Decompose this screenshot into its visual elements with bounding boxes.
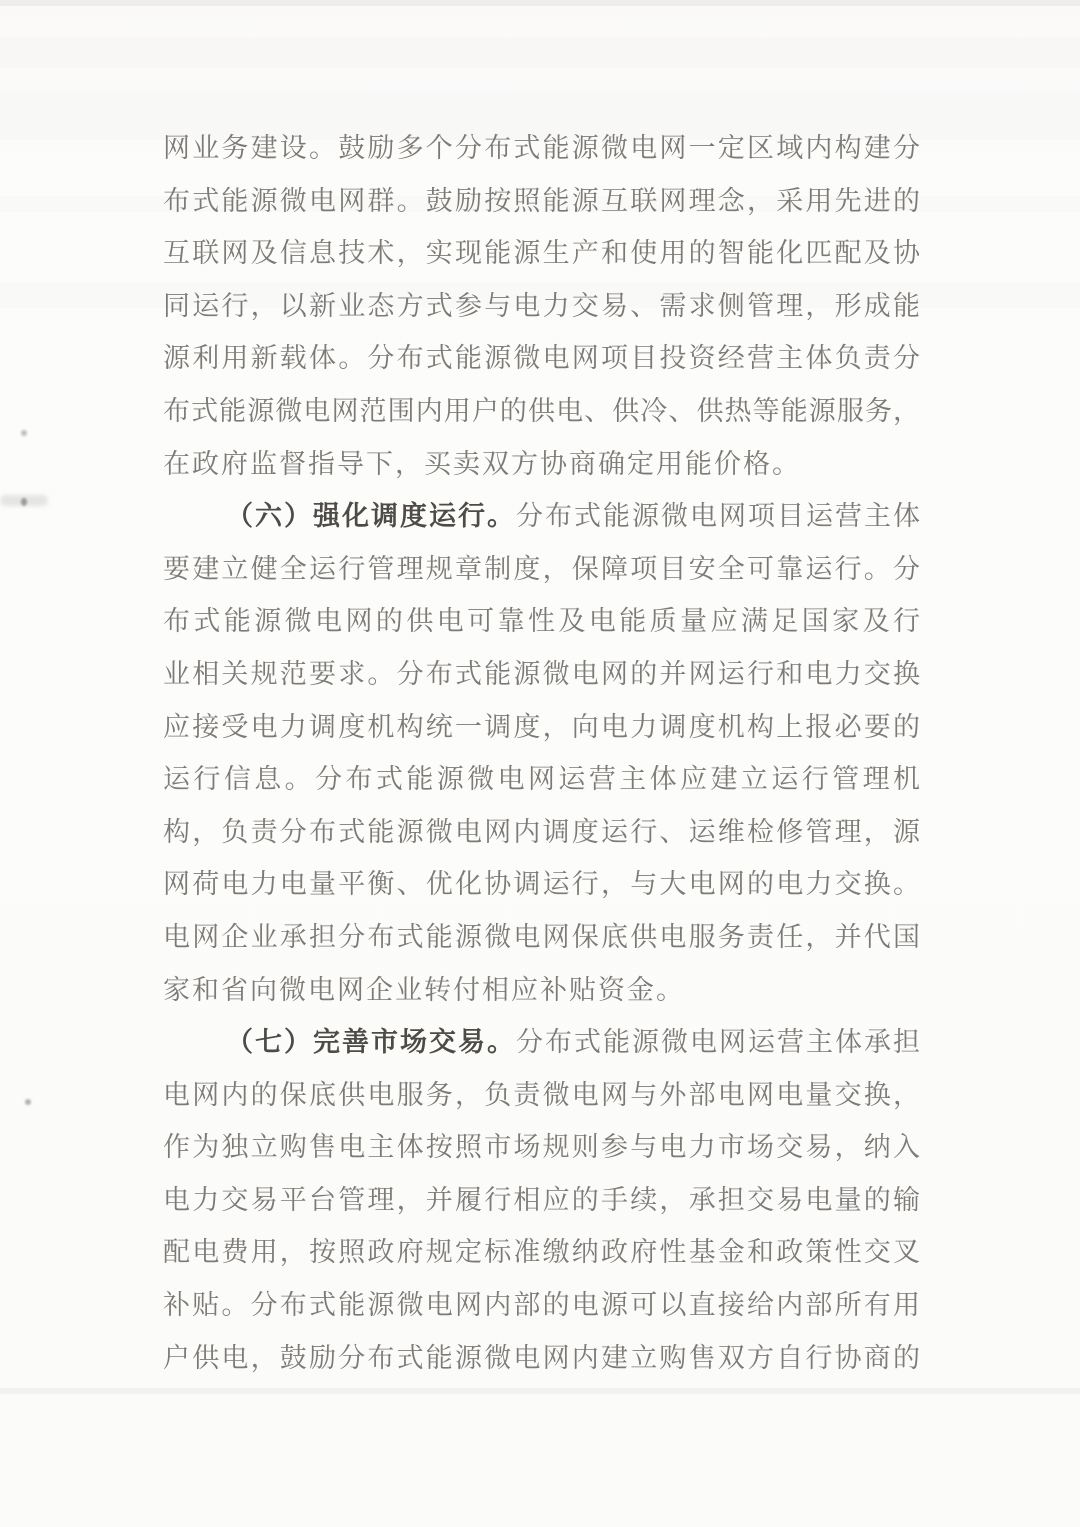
text-line: 同运行，以新业态方式参与电力交易、需求侧管理，形成能: [163, 280, 920, 333]
text-line: 互联网及信息技术，实现能源生产和使用的智能化匹配及协: [163, 227, 920, 280]
text-line: 源利用新载体。分布式能源微电网项目投资经营主体负责分: [163, 332, 920, 385]
section-heading-6: （六）强化调度运行。: [226, 501, 516, 531]
section-body-start: 分布式能源微电网项目运营主体: [516, 501, 920, 531]
text-line: 业相关规范要求。分布式能源微电网的并网运行和电力交换: [163, 648, 920, 701]
scanned-document-page: 网业务建设。鼓励多个分布式能源微电网一定区域内构建分 布式能源微电网群。鼓励按照…: [0, 0, 1080, 1527]
paragraph-end-line: 家和省向微电网企业转付相应补贴资金。: [163, 964, 920, 1017]
scan-band: [0, 38, 1080, 68]
text-line: 补贴。分布式能源微电网内部的电源可以直接给内部所有用: [163, 1279, 920, 1332]
document-text-block: 网业务建设。鼓励多个分布式能源微电网一定区域内构建分 布式能源微电网群。鼓励按照…: [163, 122, 920, 1384]
text-line: 户供电，鼓励分布式能源微电网内建立购售双方自行协商的: [163, 1332, 920, 1385]
section-body-start: 分布式能源微电网运营主体承担: [516, 1027, 920, 1057]
scan-artifact: [21, 430, 27, 436]
text-line: 网业务建设。鼓励多个分布式能源微电网一定区域内构建分: [163, 122, 920, 175]
paragraph-start-line: （六）强化调度运行。分布式能源微电网项目运营主体: [163, 490, 920, 543]
text-line: 网荷电力电量平衡、优化协调运行，与大电网的电力交换。: [163, 858, 920, 911]
text-line: 应接受电力调度机构统一调度，向电力调度机构上报必要的: [163, 701, 920, 754]
text-line: 电力交易平台管理，并履行相应的手续，承担交易电量的输: [163, 1174, 920, 1227]
scan-artifact: [25, 1099, 31, 1105]
paragraph-start-line: （七）完善市场交易。分布式能源微电网运营主体承担: [163, 1016, 920, 1069]
scan-artifact: [0, 495, 48, 506]
text-line: 配电费用，按照政府规定标准缴纳政府性基金和政策性交叉: [163, 1226, 920, 1279]
text-line: 要建立健全运行管理规章制度，保障项目安全可靠运行。分: [163, 543, 920, 596]
text-line: 电网企业承担分布式能源微电网保底供电服务责任，并代国: [163, 911, 920, 964]
text-line: 布式能源微电网的供电可靠性及电能质量应满足国家及行: [163, 595, 920, 648]
text-line: 布式能源微电网群。鼓励按照能源互联网理念，采用先进的: [163, 175, 920, 228]
paragraph-end-line: 在政府监督指导下，买卖双方协商确定用能价格。: [163, 438, 920, 491]
text-line: 电网内的保底供电服务，负责微电网与外部电网电量交换，: [163, 1069, 920, 1122]
text-line: 作为独立购售电主体按照市场规则参与电力市场交易，纳入: [163, 1121, 920, 1174]
text-line: 运行信息。分布式能源微电网运营主体应建立运行管理机: [163, 753, 920, 806]
section-heading-7: （七）完善市场交易。: [226, 1027, 516, 1057]
text-line: 布式能源微电网范围内用户的供电、供冷、供热等能源服务，: [163, 385, 920, 438]
scan-band: [0, 1388, 1080, 1394]
scan-band: [0, 0, 1080, 6]
text-line: 构，负责分布式能源微电网内调度运行、运维检修管理，源: [163, 806, 920, 859]
